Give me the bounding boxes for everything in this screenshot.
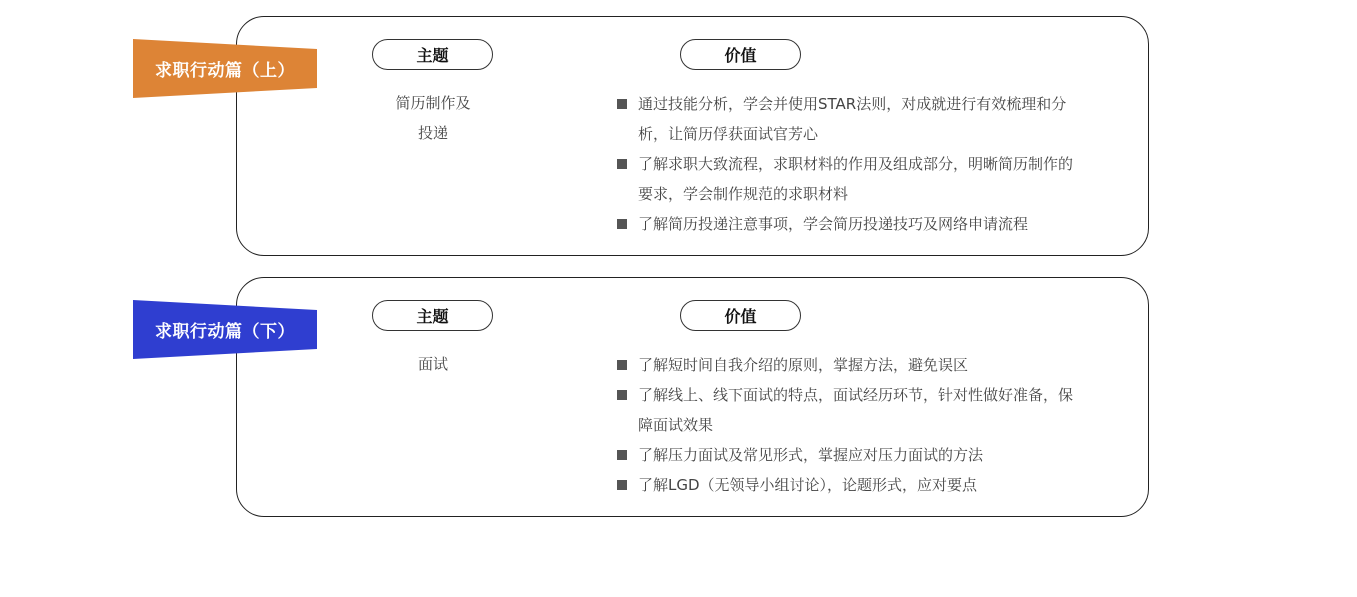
value-header-pill: 价值 xyxy=(680,300,801,331)
square-bullet-icon xyxy=(617,390,627,400)
square-bullet-icon xyxy=(617,159,627,169)
banner-title: 求职行动篇（上） xyxy=(155,56,295,81)
value-header-pill: 价值 xyxy=(680,39,801,70)
topic-header-pill: 主题 xyxy=(372,300,493,331)
topic-text: 简历制作及 投递 xyxy=(353,88,513,148)
value-item: 通过技能分析，学会并使用STAR法则，对成就进行有效梳理和分析，让简历俘获面试官… xyxy=(616,89,1086,149)
square-bullet-icon xyxy=(617,480,627,490)
value-list: 了解短时间自我介绍的原则，掌握方法，避免误区 了解线上、线下面试的特点，面试经历… xyxy=(616,350,1086,500)
square-bullet-icon xyxy=(617,450,627,460)
topic-text: 面试 xyxy=(353,349,513,379)
value-list: 通过技能分析，学会并使用STAR法则，对成就进行有效梳理和分析，让简历俘获面试官… xyxy=(616,89,1086,239)
value-item: 了解LGD（无领导小组讨论），论题形式，应对要点 xyxy=(616,470,1086,500)
banner-title: 求职行动篇（下） xyxy=(155,317,295,342)
value-item: 了解求职大致流程，求职材料的作用及组成部分，明晰简历制作的要求，学会制作规范的求… xyxy=(616,149,1086,209)
value-item: 了解简历投递注意事项，学会简历投递技巧及网络申请流程 xyxy=(616,209,1086,239)
topic-line: 简历制作及 xyxy=(353,88,513,118)
value-item: 了解线上、线下面试的特点，面试经历环节，针对性做好准备，保障面试效果 xyxy=(616,380,1086,440)
topic-header-pill: 主题 xyxy=(372,39,493,70)
section-banner-1: 求职行动篇（上） xyxy=(133,39,317,98)
square-bullet-icon xyxy=(617,360,627,370)
value-item: 了解压力面试及常见形式，掌握应对压力面试的方法 xyxy=(616,440,1086,470)
topic-line: 投递 xyxy=(353,118,513,148)
topic-line: 面试 xyxy=(353,349,513,379)
value-item: 了解短时间自我介绍的原则，掌握方法，避免误区 xyxy=(616,350,1086,380)
square-bullet-icon xyxy=(617,99,627,109)
section-banner-2: 求职行动篇（下） xyxy=(133,300,317,359)
square-bullet-icon xyxy=(617,219,627,229)
